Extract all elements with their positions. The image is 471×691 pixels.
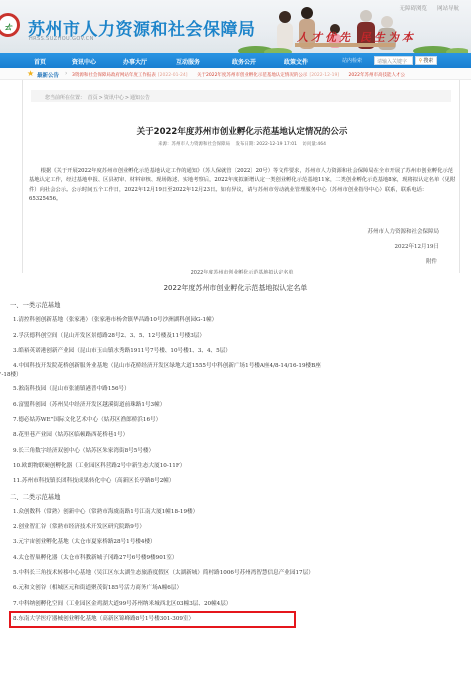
ticker-item[interactable]: 关于2022年度苏州市创业孵化示范基地认定情况的公示[2022-12-19] [197,72,339,78]
nav-item-news[interactable]: 资讯中心 [72,57,96,66]
list-item: 7.中科纳创孵化空间（工业园区金鸡湖大道99号苏州纳米城西北区03幢3层、20幢… [0,597,471,612]
breadcrumb-home[interactable]: 首页 [88,95,98,101]
breadcrumb: 您当前所在位置： 首页>资讯中心>通知公告 [31,90,451,102]
ticker-item-date: [2022-12-19] [309,73,339,78]
ticker-label: 最新公告 [37,71,59,79]
top-links: 无障碍浏览 网站导航 [399,4,459,12]
article-source: 来源：苏州市人力资源和社会保障局 [158,142,230,147]
list-item: 1.清控科创创新基地（张家港）（张家港市杨舍镇华昌路10号沙洲湖科创园G-1幢） [0,313,471,328]
list-item: 3.元宇宙创业孵化基地（太仓市夏家桥路28号1号楼4楼） [0,535,471,550]
slogan: 人才优先 民生为本 [297,29,416,45]
attachment-label[interactable]: 附件 [426,257,437,265]
accessibility-link[interactable]: 无障碍浏览 [399,4,427,12]
main-nav: 首页 资讯中心 办事大厅 互动服务 政务公开 政策文件 站内检索 请输入关键字 … [0,53,471,68]
logo-emblem-icon[interactable]: ㄊ [0,13,20,37]
nav-item-gov-affairs[interactable]: 政务公开 [232,57,256,66]
article-views: 访问量:464 [302,142,326,147]
article-meta: 来源：苏州市人力资源和社会保障局 发布日期: 2022-12-19 17:01 … [23,141,461,147]
article-date: 发布日期: 2022-12-19 17:01 [235,142,297,147]
list-item: 5.中科长三角技术转移中心基地（吴江区东太湖生态旅游度假区（太湖新城）简村路10… [0,566,471,581]
list-item: 2.创业智汇谷（常熟市经济技术开发区研究院路9号） [0,520,471,535]
search-icon: ⚲ [419,58,423,64]
list-item: 11.苏州市科技镇长团科技成果转化中心（高新区长亭路8号2幢） [0,474,471,489]
attachment-list: 一、一类示范基地 1.清控科创创新基地（张家港）（张家港市杨舍镇华昌路10号沙洲… [0,298,471,627]
list-item: 6.富盟科创园（苏州吴中经济开发区越溪街道前珠路1号3幢） [0,398,471,413]
list-item: 1.众创数科（常熟）创新中心（常熟市海虞南路1号江南大厦1幢18-19楼） [0,505,471,520]
article-paragraph: 根据《关于开展2022年度苏州市创业孵化示范基地认定工作的通知》（苏人保就管〔2… [29,167,457,205]
nav-item-home[interactable]: 首页 [34,57,46,66]
trees-decoration [238,44,468,53]
signature: 苏州市人力资源和社会保障局 [367,227,439,235]
ticker-item-title: 2022年苏州市高技能人才公 [349,73,405,78]
nav-item-interaction[interactable]: 互动服务 [176,57,200,66]
section-heading: 二、二类示范基地 [0,490,471,505]
search-button-label: 搜索 [423,57,433,64]
search-label: 站内检索 [342,57,362,64]
site-header: ㄊ 苏州市人力资源和社会保障局 HRSS.SUZHOU.GOV.CN 人才优先 … [0,0,471,53]
article-frame: 您当前所在位置： 首页>资讯中心>通知公告 关于2022年度苏州市创业孵化示范基… [22,80,460,273]
list-item: 7.德必姑苏WE”国际文化艺术中心（姑苏区渔郎桥浜16号） [0,413,471,428]
highlighted-list-item: 8.东南大学医疗器械创业孵化基地（高新区锦峰路8号1号楼301-309室） [10,612,295,627]
announcement-ticker: ★ 最新公告 › 3资源和社会保障局政府网站年度工作报表[2022-01-24]… [0,68,471,80]
ticker-item-title: 3资源和社会保障局政府网站年度工作报表 [72,73,156,78]
search-input[interactable]: 请输入关键字 [374,56,413,65]
site-map-link[interactable]: 网站导航 [437,4,459,12]
list-item: 4.太仓智巢孵化器（太仓市科教新城子冈路27号6号楼9楼901室） [0,551,471,566]
search-button[interactable]: ⚲ 搜索 [415,56,437,65]
nav-item-services[interactable]: 办事大厅 [123,57,147,66]
article-body: 根据《关于开展2022年度苏州市创业孵化示范基地认定工作的通知》（苏人保就管〔2… [29,167,457,205]
breadcrumb-separator: > [99,95,103,101]
list-item: 8.花里巷产业园（姑苏区临顿路西花桥巷1号） [0,428,471,443]
list-item: 6.元和文创谷（相城区元和街道聚茂街185号活力商务广场A幢6层） [0,581,471,596]
ticker-item[interactable]: 3资源和社会保障局政府网站年度工作报表[2022-01-24] [72,72,188,78]
site-domain: HRSS.SUZHOU.GOV.CN [29,36,94,42]
ticker-item-title: 关于2022年度苏州市创业孵化示范基地认定情况的公示 [197,73,307,78]
section-heading: 一、一类示范基地 [0,298,471,313]
breadcrumb-separator: > [125,95,129,101]
ticker-item[interactable]: 2022年苏州市高技能人才公 [349,72,405,78]
star-icon: ★ [27,69,34,78]
nav-item-policy[interactable]: 政策文件 [284,57,308,66]
list-item: 2.孚沃德科创空间（昆山开发区景德路28号2、3、5、12号楼及11号楼3层） [0,329,471,344]
embedded-list-heading: 2022年度苏州市创业孵化示范基地拟认定名单 [23,268,461,274]
list-item: 9.长三角数字经济双创中心（姑苏区朱家湾街8号5号楼） [0,444,471,459]
article-title: 关于2022年度苏州市创业孵化示范基地认定情况的公示 [23,125,461,137]
list-item: 3.皓裕英诺港创新产业园（昆山市玉山镇水秀路1911号7号楼、10号楼1、3、4… [0,344,471,359]
list-item: 10.欧朗物联硬创孵化器（工业园区科营路2号中新生态大厦10-11F） [0,459,471,474]
ticker-items: 3资源和社会保障局政府网站年度工作报表[2022-01-24] 关于2022年度… [72,72,413,78]
breadcrumb-news[interactable]: 资讯中心 [104,95,124,101]
ticker-item-date: [2022-01-24] [158,73,188,78]
breadcrumb-notices[interactable]: 通知公告 [130,95,150,101]
sign-date: 2022年12月19日 [395,242,440,250]
breadcrumb-prefix: 您当前所在位置： [45,95,85,101]
chevron-right-icon: › [65,70,67,77]
attachment-title: 2022年度苏州市创业孵化示范基地拟认定名单 [0,283,471,293]
list-item: 5.淞南科技园（昆山市张浦镇港普中路156号） [0,382,471,397]
